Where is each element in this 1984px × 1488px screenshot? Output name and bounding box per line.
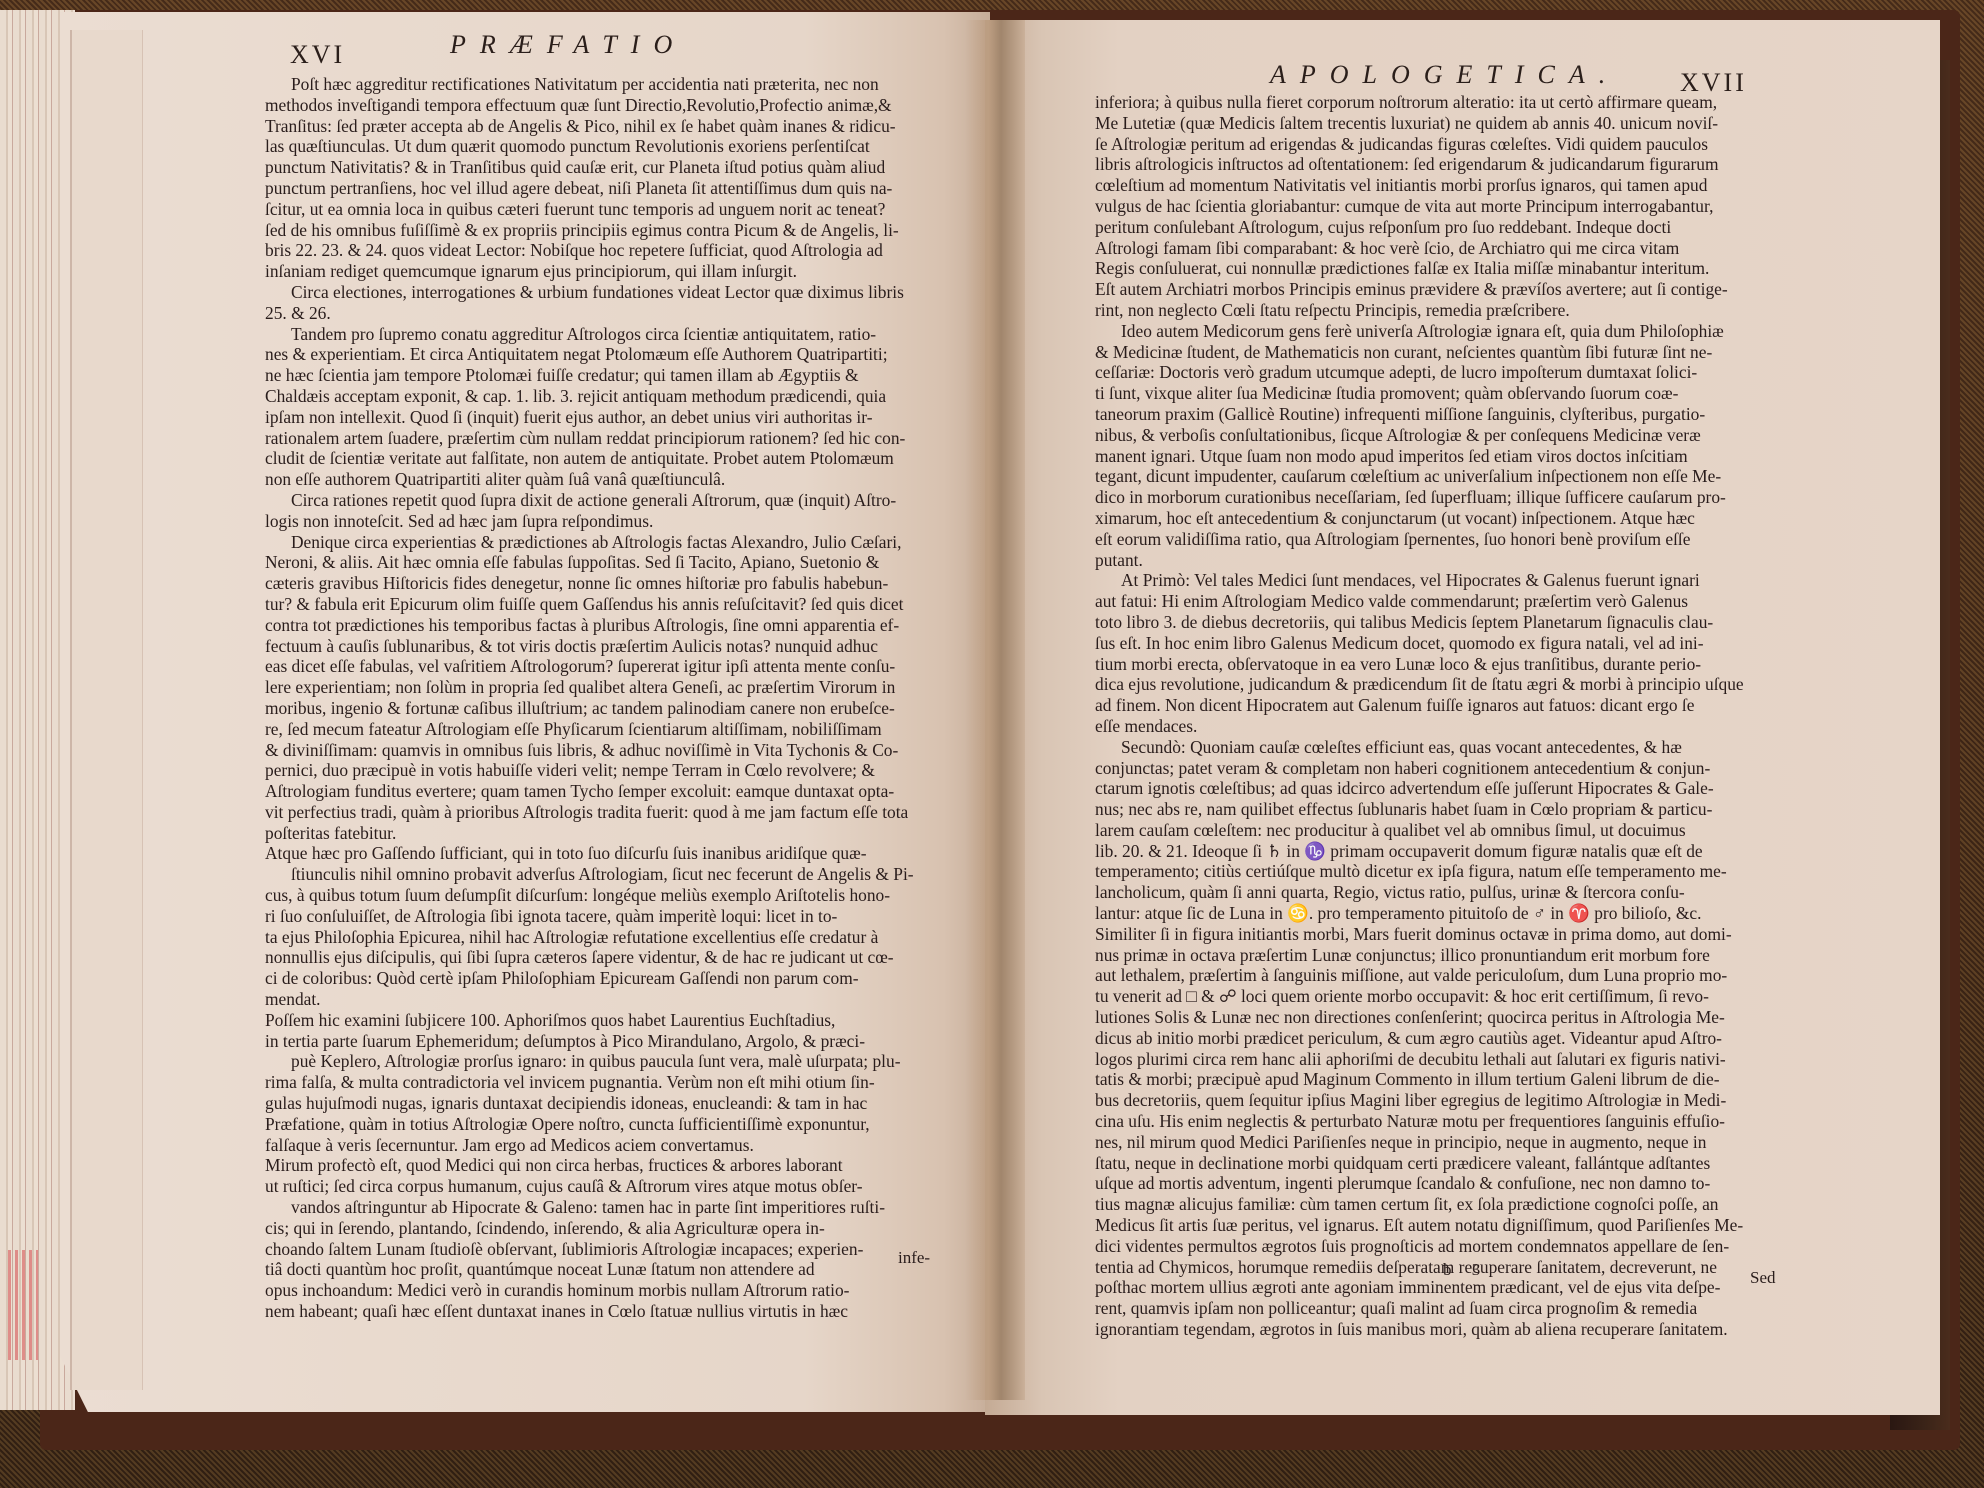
text-line: tur? & fabula erit Epicurum olim fuiſſe … <box>265 594 937 615</box>
text-line: lutiones Solis & Lunæ nec non directione… <box>1095 1007 1775 1028</box>
right-catchword: Sed <box>1750 1268 1776 1288</box>
text-line: ſtiunculis nihil omnino probavit adverſu… <box>265 864 937 885</box>
text-line: taneorum praxim (Gallicè Routine) infreq… <box>1095 404 1775 425</box>
text-line: ad finem. Non dicent Hipocratem aut Gale… <box>1095 695 1775 716</box>
right-running-head: APOLOGETICA. <box>1270 60 1619 90</box>
text-line: tu venerit ad □ & ☍ loci quem oriente mo… <box>1095 986 1775 1007</box>
text-line: dici videntes permultos ægrotos ſuis pro… <box>1095 1236 1775 1257</box>
text-line: Eſt autem Archiatri morbos Principis emi… <box>1095 279 1775 300</box>
text-line: Atque hæc pro Gaſſendo ſufficiant, qui i… <box>265 843 937 864</box>
text-line: ſcitur, ut ea omnia loca in quibus cæter… <box>265 199 937 220</box>
text-line: Similiter ſi in figura initiantis morbi,… <box>1095 924 1775 945</box>
text-line: ignorantiam tegendam, ægrotos in ſuis ma… <box>1095 1319 1775 1340</box>
right-page[interactable]: APOLOGETICA. XVII inferiora; à quibus nu… <box>985 20 1940 1415</box>
text-line: Aſtrologiam funditus evertere; quam tame… <box>265 781 937 802</box>
signature-mark: b 3 <box>1443 1260 1488 1280</box>
text-line: ti ſunt, vixque aliter ſua Medicinæ ſtud… <box>1095 383 1775 404</box>
text-line: eſt eorum validiſſima ratio, qua Aſtrolo… <box>1095 529 1775 550</box>
text-line: manent ignari. Utque ſuam non modo apud … <box>1095 446 1775 467</box>
text-line: dico in morborum curationibus neceſſaria… <box>1095 487 1775 508</box>
text-line: ipſam non intellexit. Quod ſi (inquit) f… <box>265 407 937 428</box>
text-line: rint, non neglecto Cœli ſtatu reſpectu P… <box>1095 300 1775 321</box>
text-line: dica ejus revolutione, judicandum & præd… <box>1095 674 1775 695</box>
text-line: bus decretoriis, quem ſequitur ipſius Ma… <box>1095 1090 1775 1111</box>
text-line: ctarum ignotis cœleſtibus; ad quas idcir… <box>1095 778 1775 799</box>
gutter-shadow <box>965 20 1025 1400</box>
text-line: las quæſtiunculas. Ut dum quærit quomodo… <box>265 136 937 157</box>
text-line: Medicus ſit artis ſuæ peritus, vel ignar… <box>1095 1215 1775 1236</box>
inner-leaf <box>70 30 143 1390</box>
text-line: toto libro 3. de diebus decretoriis, qui… <box>1095 612 1775 633</box>
text-line: Tandem pro ſupremo conatu aggreditur Aſt… <box>265 324 937 345</box>
text-line: vulgus de hac ſcientia gloriabantur: cum… <box>1095 196 1775 217</box>
text-line: tatis & morbi; præcipuè apud Maginum Com… <box>1095 1069 1775 1090</box>
text-line: lancholicum, quàm ſi anni quarta, Regio,… <box>1095 882 1775 903</box>
text-line: cludit de ſcientiæ veritate aut falſitat… <box>265 448 937 469</box>
text-line: Tranſitus: ſed præter accepta ab de Ange… <box>265 116 937 137</box>
text-line: ſe Aſtrologiæ peritum ad erigendas & jud… <box>1095 134 1775 155</box>
text-line: libris aſtrologicis inſtructos ad oſtent… <box>1095 154 1775 175</box>
text-line: & diviniſſimam: quamvis in omnibus ſuis … <box>265 740 937 761</box>
text-line: contra tot prædictiones his temporibus f… <box>265 615 937 636</box>
text-line: ximarum, hoc eſt antecedentium & conjunc… <box>1095 508 1775 529</box>
left-page-text: Poſt hæc aggreditur rectificationes Nati… <box>265 74 937 1322</box>
text-line: cis; qui in ſerendo, plantando, ſcindend… <box>265 1218 937 1239</box>
text-line: Præfatione, quàm in totius Aſtrologiæ Op… <box>265 1114 937 1135</box>
text-line: nibus, & verboſis conſultationibus, ſicq… <box>1095 425 1775 446</box>
text-line: tium morbi erecta, obſervatoque in ea ve… <box>1095 654 1775 675</box>
text-line: choando ſaltem Lunam ſtudioſè obſervant,… <box>265 1239 937 1260</box>
right-page-text: inferiora; à quibus nulla fieret corporu… <box>1095 92 1775 1340</box>
text-line: punctum pertranſiens, hoc vel illud ager… <box>265 178 937 199</box>
text-line: ſtatu, neque in declinatione morbi quidq… <box>1095 1153 1775 1174</box>
text-line: rationalem artem ſuadere, præſertim cùm … <box>265 428 937 449</box>
text-line: mendat. <box>265 989 937 1010</box>
left-running-head: PRÆFATIO <box>450 30 686 60</box>
text-line: punctum Nativitatis? & in Tranſitibus qu… <box>265 157 937 178</box>
text-line: Aſtrologi famam ſibi comparabant: & hoc … <box>1095 238 1775 259</box>
text-line: aut fatui: Hi enim Aſtrologiam Medico va… <box>1095 591 1775 612</box>
text-line: tius magnæ alicujus familiæ: cùm tamen c… <box>1095 1194 1775 1215</box>
text-line: ceſſariæ: Doctoris verò gradum utcumque … <box>1095 362 1775 383</box>
text-line: dicus ab initio morbi prædicet periculum… <box>1095 1028 1775 1049</box>
text-line: Poſt hæc aggreditur rectificationes Nati… <box>265 74 937 95</box>
text-line: eas dicet eſſe fabulas, vel vaſritiem Aſ… <box>265 656 937 677</box>
text-line: Me Lutetiæ (quæ Medicis ſaltem trecentis… <box>1095 113 1775 134</box>
text-line: tiâ docti quantùm hoc proſit, quantúmque… <box>265 1259 937 1280</box>
text-line: Chaldæis acceptam exponit, & cap. 1. lib… <box>265 386 937 407</box>
left-page[interactable]: XVI PRÆFATIO Poſt hæc aggreditur rectifi… <box>60 12 990 1412</box>
text-line: & Medicinæ ſtudent, de Mathematicis non … <box>1095 342 1775 363</box>
text-line: poſteritas fatebitur. <box>265 823 937 844</box>
text-line: lantur: atque ſic de Luna in ♋. pro temp… <box>1095 903 1775 924</box>
text-line: ne hæc ſcientia jam tempore Ptolomæi fui… <box>265 365 937 386</box>
text-line: moribus, ingenio & fortunæ caſibus illuſ… <box>265 698 937 719</box>
text-line: falſaque à veris ſecernuntur. Jam ergo a… <box>265 1135 937 1156</box>
text-line: nus primæ in octava præſertim Lunæ conju… <box>1095 945 1775 966</box>
text-line: ſus eſt. In hoc enim libro Galenus Medic… <box>1095 633 1775 654</box>
text-line: uſque ad mortis adventum, ingenti plerum… <box>1095 1173 1775 1194</box>
text-line: Poſſem hic examini ſubjicere 100. Aphori… <box>265 1010 937 1031</box>
red-page-edge <box>8 1250 38 1360</box>
text-line: cus, à quibus totum ſuum deſumpſit diſcu… <box>265 885 937 906</box>
text-line: larem cauſam cœleſtem: nec producitur à … <box>1095 820 1775 841</box>
text-line: rent, quamvis ipſam non polliceantur; qu… <box>1095 1298 1775 1319</box>
left-folio: XVI <box>290 40 345 70</box>
text-line: gulas hujuſmodi nugas, ignaris duntaxat … <box>265 1093 937 1114</box>
text-line: tegant, dicunt impudenter, cauſarum cœle… <box>1095 466 1775 487</box>
text-line: putant. <box>1095 550 1775 571</box>
text-line: logis non innoteſcit. Sed ad hæc jam ſup… <box>265 511 937 532</box>
text-line: Mirum profectò eſt, quod Medici qui non … <box>265 1155 937 1176</box>
text-line: At Primò: Vel tales Medici ſunt mendaces… <box>1095 570 1775 591</box>
text-line: eſſe mendaces. <box>1095 716 1775 737</box>
text-line: Secundò: Quoniam cauſæ cœleſtes efficiun… <box>1095 737 1775 758</box>
text-line: temperamento; citiùs certiúſque multò di… <box>1095 861 1775 882</box>
text-line: cina uſu. His enim neglectis & perturbat… <box>1095 1111 1775 1132</box>
text-line: logos plurimi circa rem hanc alii aphori… <box>1095 1049 1775 1070</box>
text-line: lere experientiam; non ſolùm in propria … <box>265 677 937 698</box>
text-line: Denique circa experientias & prædictione… <box>265 532 937 553</box>
text-line: fectuum à cauſis ſublunaribus, & tot vir… <box>265 636 937 657</box>
text-line: nem habeant; quaſi hæc eſſent duntaxat i… <box>265 1301 937 1322</box>
text-line: peritum conſulebant Aſtrologum, cujus re… <box>1095 217 1775 238</box>
text-line: cæteris gravibus Hiſtoricis fides denege… <box>265 573 937 594</box>
text-line: Regis conſuluerat, cui nonnullæ prædicti… <box>1095 258 1775 279</box>
text-line: nonnullis ejus diſcipulis, qui ſibi ſupr… <box>265 947 937 968</box>
text-line: Circa rationes repetit quod ſupra dixit … <box>265 490 937 511</box>
text-line: ut ruſtici; ſed circa corpus humanum, cu… <box>265 1176 937 1197</box>
text-line: cœleſtium ad momentum Nativitatis vel in… <box>1095 175 1775 196</box>
text-line: ri ſuo conſuluiſſet, de Aſtrologia ſibi … <box>265 906 937 927</box>
text-line: poſthac mortem ullius ægroti ante agonia… <box>1095 1277 1775 1298</box>
text-line: Neroni, & aliis. Ait hæc omnia eſſe fabu… <box>265 552 937 573</box>
text-line: in tertia parte ſuarum Ephemeridum; deſu… <box>265 1031 937 1052</box>
text-line: 25. & 26. <box>265 303 937 324</box>
text-line: rima falſa, & multa contradictoria vel i… <box>265 1072 937 1093</box>
text-line: aut lethalem, præſertim à ſanguinis miſſ… <box>1095 965 1775 986</box>
text-line: re, ſed mecum fateatur Aſtrologiam eſſe … <box>265 719 937 740</box>
text-line: Circa electiones, interrogationes & urbi… <box>265 282 937 303</box>
text-line: inferiora; à quibus nulla fieret corporu… <box>1095 92 1775 113</box>
text-line: vit perfectius tradi, quàm à prioribus A… <box>265 802 937 823</box>
text-line: nes, nil mirum quod Medici Pariſienſes n… <box>1095 1132 1775 1153</box>
text-line: Ideo autem Medicorum gens ferè univerſa … <box>1095 321 1775 342</box>
text-line: ſed de his omnibus fuſiſſimè & ex propri… <box>265 220 937 241</box>
text-line: tentia ad Chymicos, horumque remediis de… <box>1095 1257 1775 1278</box>
text-line: lib. 20. & 21. Ideoque ſi ♄ in ♑ primam … <box>1095 841 1775 862</box>
text-line: ci de coloribus: Quòd certè ipſam Philoſ… <box>265 968 937 989</box>
text-line: non eſſe authorem Quatripartiti aliter q… <box>265 469 937 490</box>
text-line: pernici, duo præcipuè in votis habuiſſe … <box>265 760 937 781</box>
text-line: ta ejus Philoſophia Epicurea, nihil hac … <box>265 927 937 948</box>
text-line: inſaniam rediget quemcumque ignarum ejus… <box>265 261 937 282</box>
text-line: conjunctas; patet veram & completam non … <box>1095 758 1775 779</box>
text-line: vandos aſtringuntur ab Hipocrate & Galen… <box>265 1197 937 1218</box>
text-line: nus; nec abs re, nam quilibet effectus ſ… <box>1095 799 1775 820</box>
text-line: bris 22. 23. & 24. quos videat Lector: N… <box>265 240 937 261</box>
text-line: puè Keplero, Aſtrologiæ prorſus ignaro: … <box>265 1051 937 1072</box>
text-line: opus inchoandum: Medici verò in curandis… <box>265 1280 937 1301</box>
left-catchword: infe- <box>898 1248 930 1268</box>
text-line: methodos inveſtigandi tempora effectuum … <box>265 95 937 116</box>
text-line: nes & experientiam. Et circa Antiquitate… <box>265 344 937 365</box>
